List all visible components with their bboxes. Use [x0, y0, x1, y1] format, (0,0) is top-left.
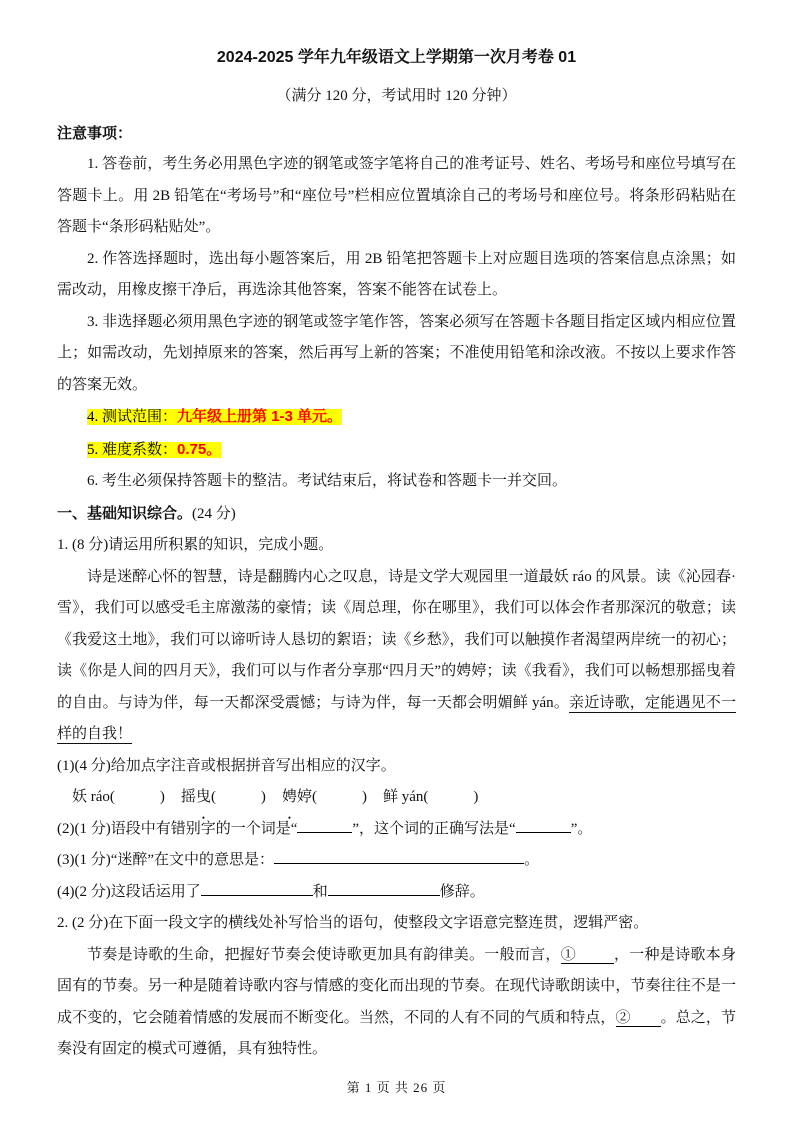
- pinyin-row: 妖 ráo( )摇曳( )娉婷( )鲜 yán( ): [57, 782, 736, 814]
- section-1-score: (24 分): [192, 506, 236, 522]
- notice-item-3: 3. 非选择题必须用黑色字迹的钢笔或签字笔作答，答案必须写在答题卡各题目指定区域…: [57, 307, 736, 402]
- pinyin-item-yao-rao: 妖 ráo( ): [72, 789, 165, 805]
- q1-sub2-mid: ”，这个词的正确写法是“: [352, 821, 515, 837]
- answer-blank: [201, 881, 313, 896]
- test-scope-highlight: 4. 测试范围：九年级上册第 1-3 单元。: [87, 409, 342, 425]
- section-1-heading-text: 一、基础知识综合。: [57, 505, 192, 522]
- q1-sub4-suffix: 修辞。: [440, 884, 485, 900]
- notice-item-1: 1. 答卷前，考生务必用黑色字迹的钢笔或签字笔将自己的准考证号、姓名、考场号和座…: [57, 149, 736, 244]
- difficulty-highlight: 5. 难度系数：0.75。: [87, 442, 221, 458]
- q1-sub1-stem: (1)(4 分)给加点字注音或根据拼音写出相应的汉字。: [57, 751, 736, 783]
- pinyin-item-xian-yan: 鲜 yán( ): [383, 789, 478, 805]
- q2-blank-1-label: ①: [561, 947, 576, 963]
- notice-heading: 注意事项：: [57, 118, 736, 149]
- q1-sub3: (3)(1 分)“迷醉”在文中的意思是：。: [57, 845, 736, 877]
- test-scope-value: 九年级上册第 1-3 单元。: [177, 408, 342, 425]
- q1-passage-text: 诗是迷醉心怀的智慧，诗是翻腾内心之叹息，诗是文学大观园里一道最妖 ráo 的风景…: [57, 569, 736, 711]
- answer-blank: [274, 849, 524, 864]
- q2-passage: 节奏是诗歌的生命，把握好节奏会使诗歌更加具有韵律美。一般而言，①，一种是诗歌本身…: [57, 940, 736, 1066]
- q1-sub3-prefix: (3)(1 分)“迷醉”在文中的意思是：: [57, 852, 274, 868]
- test-scope-label: 4. 测试范围：: [87, 409, 177, 425]
- answer-blank: [516, 818, 571, 833]
- exam-page: 2024-2025 学年九年级语文上学期第一次月考卷 01 （满分 120 分，…: [0, 0, 793, 1066]
- q1-sub4-mid: 和: [313, 884, 328, 900]
- q1-sub2-prefix: (2)(1 分)语段中有错别字的一个词是“: [57, 821, 297, 837]
- page-subtitle: （满分 120 分，考试用时 120 分钟）: [57, 84, 736, 108]
- difficulty-value: 0.75。: [177, 441, 221, 458]
- notice-item-2: 2. 作答选择题时，选出每小题答案后，用 2B 铅笔把答题卡上对应题目选项的答案…: [57, 244, 736, 307]
- q1-sub3-suffix: 。: [524, 852, 539, 868]
- pinyin-item-pingting-rest: 婷( ): [297, 789, 367, 805]
- q2-blank-1: ①: [561, 947, 614, 964]
- pinyin-item-pingting: 娉婷( ): [282, 789, 367, 805]
- q2-passage-part-1: 节奏是诗歌的生命，把握好节奏会使诗歌更加具有韵律美。一般而言，: [87, 947, 561, 963]
- q2-blank-2: ②: [616, 1010, 661, 1027]
- pinyin-item-yaoye-paren: ( ): [211, 789, 266, 805]
- page-footer: 第 1 页 共 26 页: [0, 1077, 793, 1096]
- q1-sub2: (2)(1 分)语段中有错别字的一个词是“”，这个词的正确写法是“”。: [57, 814, 736, 846]
- notice-item-5: 5. 难度系数：0.75。: [57, 434, 736, 467]
- q1-passage: 诗是迷醉心怀的智慧，诗是翻腾内心之叹息，诗是文学大观园里一道最妖 ráo 的风景…: [57, 562, 736, 751]
- section-1-heading: 一、基础知识综合。(24 分): [57, 498, 736, 531]
- q1-sub4: (4)(2 分)这段话运用了和修辞。: [57, 877, 736, 909]
- q1-stem: 1. (8 分)请运用所积累的知识，完成小题。: [57, 530, 736, 562]
- page-title: 2024-2025 学年九年级语文上学期第一次月考卷 01: [57, 46, 736, 70]
- notice-item-6: 6. 考生必须保持答题卡的整洁。考试结束后，将试卷和答题卡一并交回。: [57, 466, 736, 498]
- answer-blank: [328, 881, 440, 896]
- dotted-char-ping: 娉: [282, 782, 297, 814]
- q1-sub4-prefix: (4)(2 分)这段话运用了: [57, 884, 201, 900]
- answer-blank: [297, 818, 352, 833]
- q2-blank-2-label: ②: [616, 1010, 631, 1026]
- difficulty-label: 5. 难度系数：: [87, 442, 177, 458]
- pinyin-item-yaoye-pre: 摇: [181, 789, 196, 805]
- q1-sub2-suffix: ”。: [571, 821, 593, 837]
- dotted-char-ye: 曳: [196, 782, 211, 814]
- pinyin-item-yaoye: 摇曳( ): [181, 789, 266, 805]
- q2-stem: 2. (2 分)在下面一段文字的横线处补写恰当的语句，使整段文字语意完整连贯，逻…: [57, 908, 736, 940]
- notice-item-4: 4. 测试范围：九年级上册第 1-3 单元。: [57, 401, 736, 434]
